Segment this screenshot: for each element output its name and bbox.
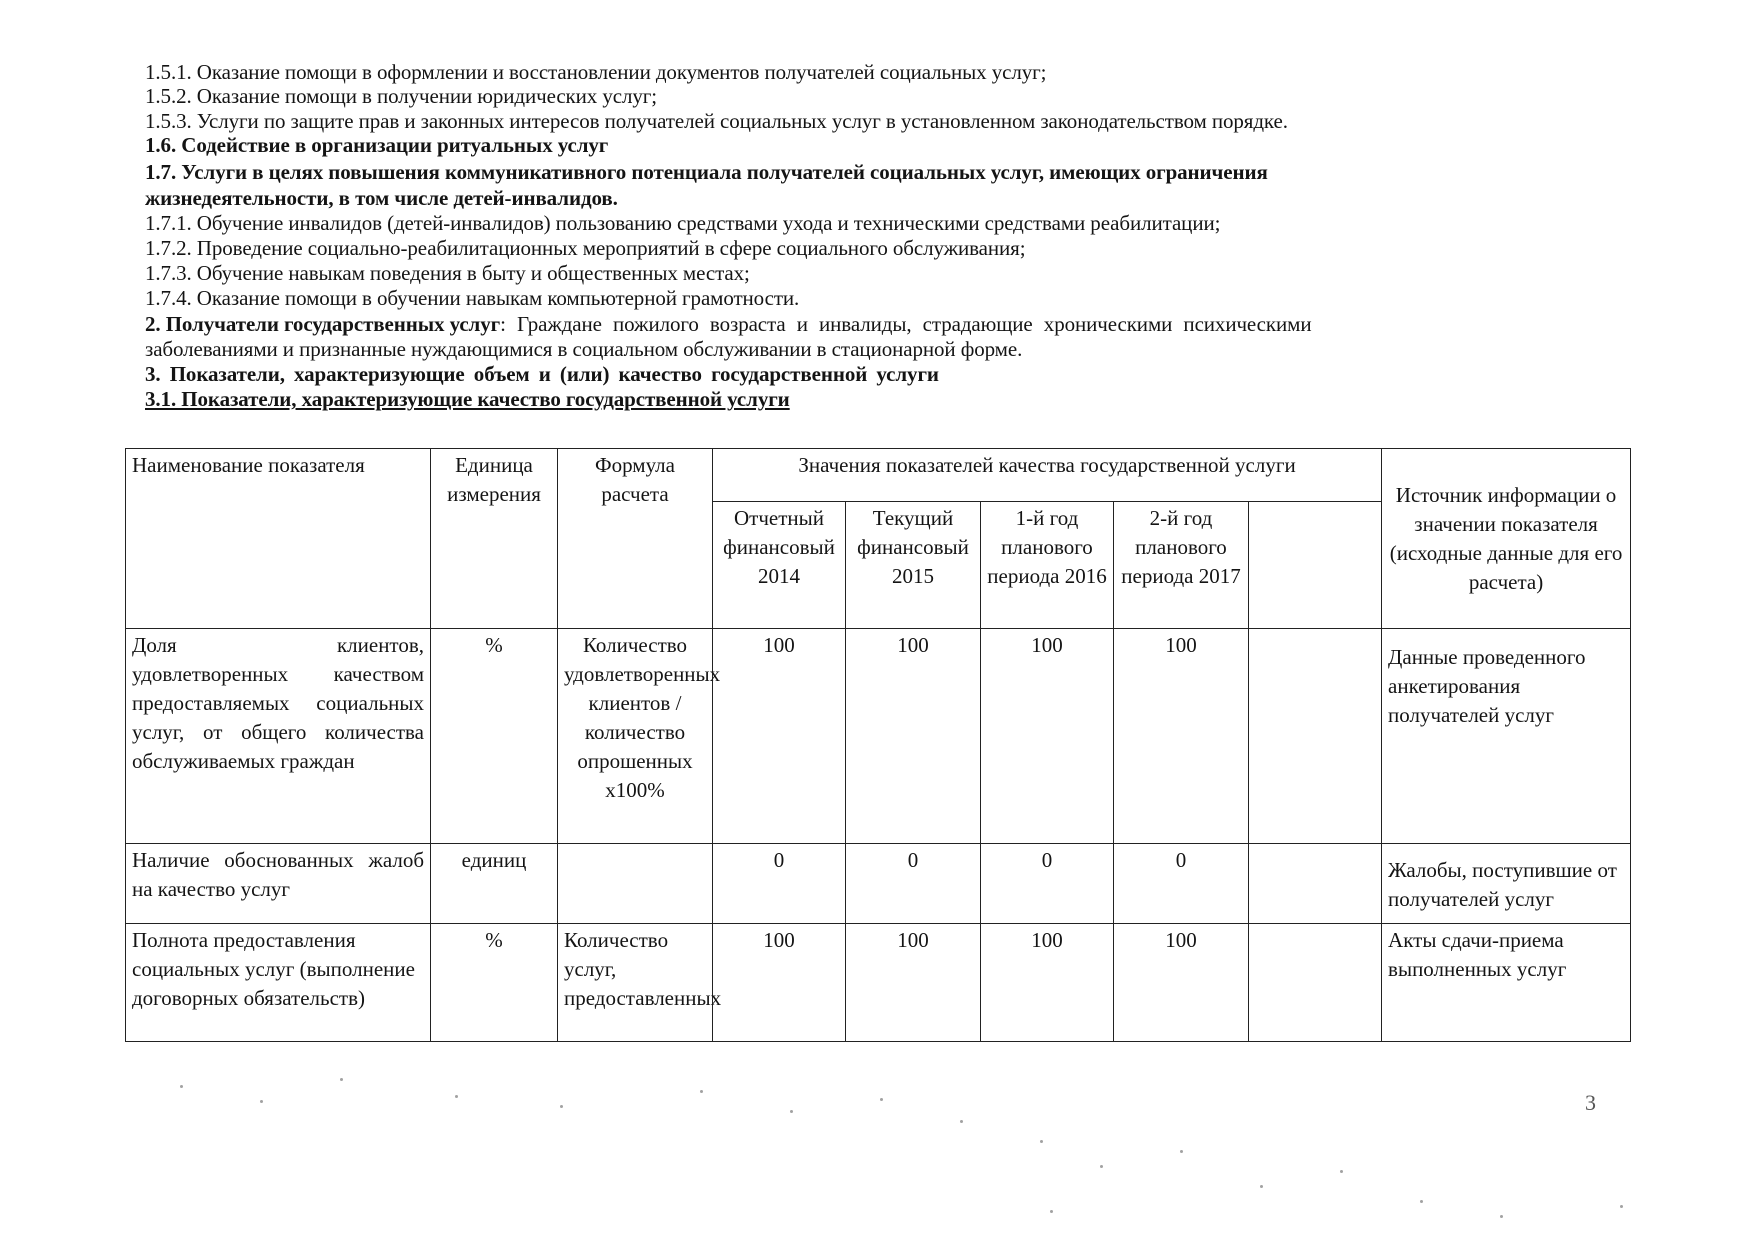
row-value-2017: 100: [1114, 924, 1249, 1042]
row-value-2015: 100: [846, 924, 981, 1042]
section-2-text: : Граждане пожилого возраста и инвалиды,…: [500, 312, 1311, 336]
table-header-row-1: Наименование показателя Единица измерени…: [126, 449, 1631, 502]
heading-1-7-line1: 1.7. Услуги в целях повышения коммуникат…: [145, 160, 1268, 184]
row-value-2017: 0: [1114, 844, 1249, 924]
row-indicator-name: Полнота предоставления социальных услуг …: [126, 924, 431, 1042]
row-source: Данные проведенного анкетирования получа…: [1382, 629, 1631, 844]
row-formula: [558, 844, 713, 924]
header-year-2014: Отчетный финансовый 2014: [713, 502, 846, 629]
header-values-group: Значения показателей качества государств…: [713, 449, 1382, 502]
header-source: Источник информации о значении показател…: [1382, 449, 1631, 629]
header-indicator-name: Наименование показателя: [126, 449, 431, 629]
row-value-empty: [1249, 844, 1382, 924]
header-formula: Формула расчета: [558, 449, 713, 629]
header-year-2017: 2-й год планового периода 2017: [1114, 502, 1249, 629]
row-formula: Количество удовлетворенных клиентов / ко…: [558, 629, 713, 844]
paragraph-1-7-2: 1.7.2. Проведение социально-реабилитацио…: [145, 236, 1025, 260]
quality-indicators-table: Наименование показателя Единица измерени…: [125, 448, 1631, 1042]
row-source: Акты сдачи-приема выполненных услуг: [1382, 924, 1631, 1042]
section-2-line1: 2. Получатели государственных услуг: Гра…: [145, 312, 1605, 336]
section-2-line2: заболеваниями и признанные нуждающимися …: [145, 337, 1022, 361]
heading-1-6: 1.6. Содействие в организации ритуальных…: [145, 133, 608, 157]
row-value-2017: 100: [1114, 629, 1249, 844]
row-value-2015: 100: [846, 629, 981, 844]
header-year-empty: [1249, 502, 1382, 629]
row-unit: %: [431, 629, 558, 844]
header-year-2015: Текущий финансовый 2015: [846, 502, 981, 629]
paragraph-1-7-1: 1.7.1. Обучение инвалидов (детей-инвалид…: [145, 211, 1220, 235]
row-value-2014: 100: [713, 924, 846, 1042]
page-number: 3: [1585, 1090, 1596, 1116]
row-source: Жалобы, поступившие от получателей услуг: [1382, 844, 1631, 924]
table-row: Доля клиентов, удовлетворенных качеством…: [126, 629, 1631, 844]
paragraph-1-5-2: 1.5.2. Оказание помощи в получении юриди…: [145, 84, 657, 108]
row-value-2014: 100: [713, 629, 846, 844]
row-indicator-name: Доля клиентов, удовлетворенных качеством…: [126, 629, 431, 844]
heading-section-3: 3. Показатели, характеризующие объем и (…: [145, 362, 939, 386]
table-row: Наличие обоснованных жалоб на качество у…: [126, 844, 1631, 924]
row-value-2016: 0: [981, 844, 1114, 924]
row-value-2016: 100: [981, 629, 1114, 844]
row-value-2015: 0: [846, 844, 981, 924]
heading-1-7-line2: жизнедеятельности, в том числе детей-инв…: [145, 186, 618, 210]
row-formula: Количество услуг, предоставленных: [558, 924, 713, 1042]
paragraph-1-7-4: 1.7.4. Оказание помощи в обучении навыка…: [145, 286, 799, 310]
row-value-empty: [1249, 924, 1382, 1042]
paragraph-1-5-3: 1.5.3. Услуги по защите прав и законных …: [145, 109, 1288, 133]
row-unit: %: [431, 924, 558, 1042]
header-year-2016: 1-й год планового периода 2016: [981, 502, 1114, 629]
header-unit: Единица измерения: [431, 449, 558, 629]
document-page: 1.5.1. Оказание помощи в оформлении и во…: [0, 0, 1754, 1240]
row-value-2016: 100: [981, 924, 1114, 1042]
heading-section-3-1: 3.1. Показатели, характеризующие качеств…: [145, 387, 790, 411]
paragraph-1-7-3: 1.7.3. Обучение навыкам поведения в быту…: [145, 261, 750, 285]
paragraph-1-5-1: 1.5.1. Оказание помощи в оформлении и во…: [145, 60, 1046, 84]
row-indicator-name: Наличие обоснованных жалоб на качество у…: [126, 844, 431, 924]
row-unit: единиц: [431, 844, 558, 924]
table-row: Полнота предоставления социальных услуг …: [126, 924, 1631, 1042]
row-value-2014: 0: [713, 844, 846, 924]
row-value-empty: [1249, 629, 1382, 844]
section-2-label: 2. Получатели государственных услуг: [145, 312, 500, 336]
